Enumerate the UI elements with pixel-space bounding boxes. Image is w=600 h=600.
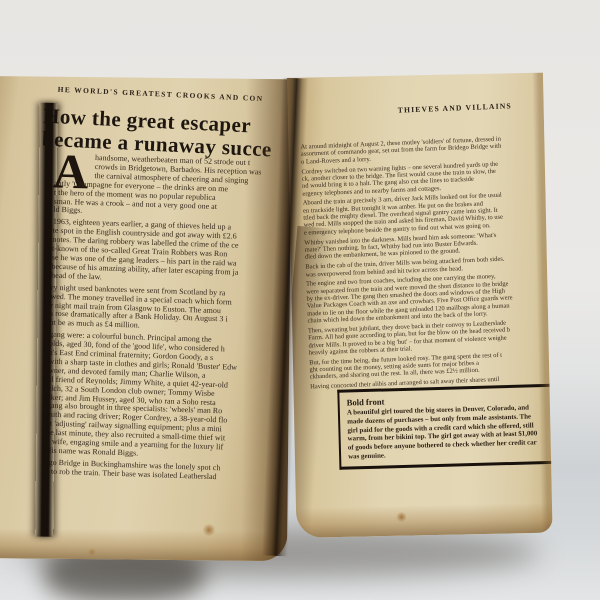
left-page: HE WORLD'S GREATEST CROOKS AND CON How t… xyxy=(0,76,292,561)
foxing-spot xyxy=(202,524,216,536)
right-page: THIEVES AND VILLAINS At around midnight … xyxy=(287,73,553,538)
anecdote-box: Bold front A beautiful girl toured the b… xyxy=(337,383,552,469)
foxing-spot xyxy=(396,512,407,522)
right-page-browned-edge xyxy=(296,503,553,538)
left-page-text: handsome, weatherbeaten man of 52 strode… xyxy=(45,153,262,483)
foxing-spot xyxy=(88,548,96,556)
right-running-head: THIEVES AND VILLAINS xyxy=(398,101,512,114)
anecdote-box-text: A beautiful girl toured the big stores i… xyxy=(347,404,553,463)
left-running-head: HE WORLD'S GREATEST CROOKS AND CON xyxy=(58,85,264,103)
book-photo: HE WORLD'S GREATEST CROOKS AND CON How t… xyxy=(0,0,600,600)
